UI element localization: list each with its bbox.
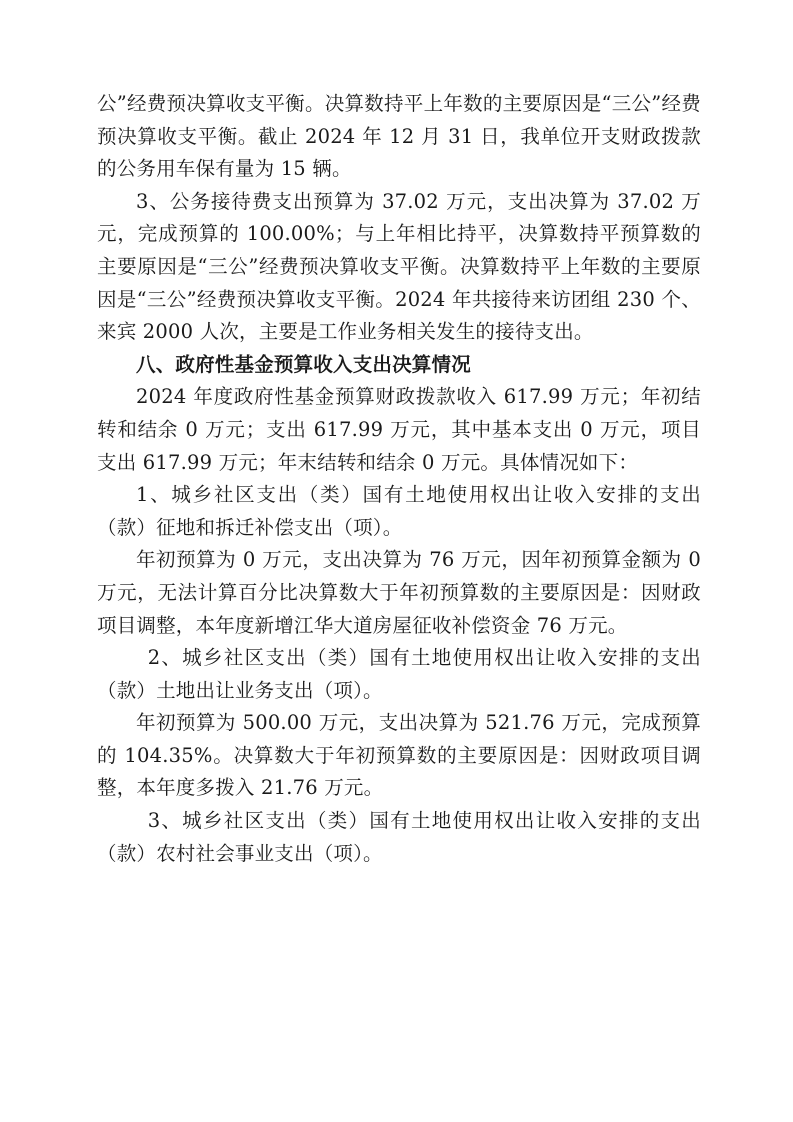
paragraph-fund-summary: 2024 年度政府性基金预算财政拨款收入 617.99 万元；年初结转和结余 0… (97, 381, 701, 479)
paragraph-item-2-detail: 年初预算为 500.00 万元，支出决算为 521.76 万元，完成预算的 10… (97, 707, 701, 805)
document-page: 公”经费预决算收支平衡。决算数持平上年数的主要原因是“三公”经费预决算收支平衡。… (97, 88, 701, 870)
paragraph-item-3-title: 3、城乡社区支出（类）国有土地使用权出让收入安排的支出（款）农村社会事业支出（项… (97, 805, 701, 870)
paragraph-item-1-detail: 年初预算为 0 万元，支出决算为 76 万元，因年初预算金额为 0 万元，无法计… (97, 544, 701, 642)
paragraph-vehicle-count: 公”经费预决算收支平衡。决算数持平上年数的主要原因是“三公”经费预决算收支平衡。… (97, 88, 701, 186)
paragraph-reception-expense: 3、公务接待费支出预算为 37.02 万元，支出决算为 37.02 万元，完成预… (97, 186, 701, 349)
paragraph-item-2-title: 2、城乡社区支出（类）国有土地使用权出让收入安排的支出（款）土地出让业务支出（项… (97, 642, 701, 707)
section-heading-government-fund: 八、政府性基金预算收入支出决算情况 (97, 349, 701, 382)
paragraph-item-1-title: 1、城乡社区支出（类）国有土地使用权出让收入安排的支出（款）征地和拆迁补偿支出（… (97, 479, 701, 544)
